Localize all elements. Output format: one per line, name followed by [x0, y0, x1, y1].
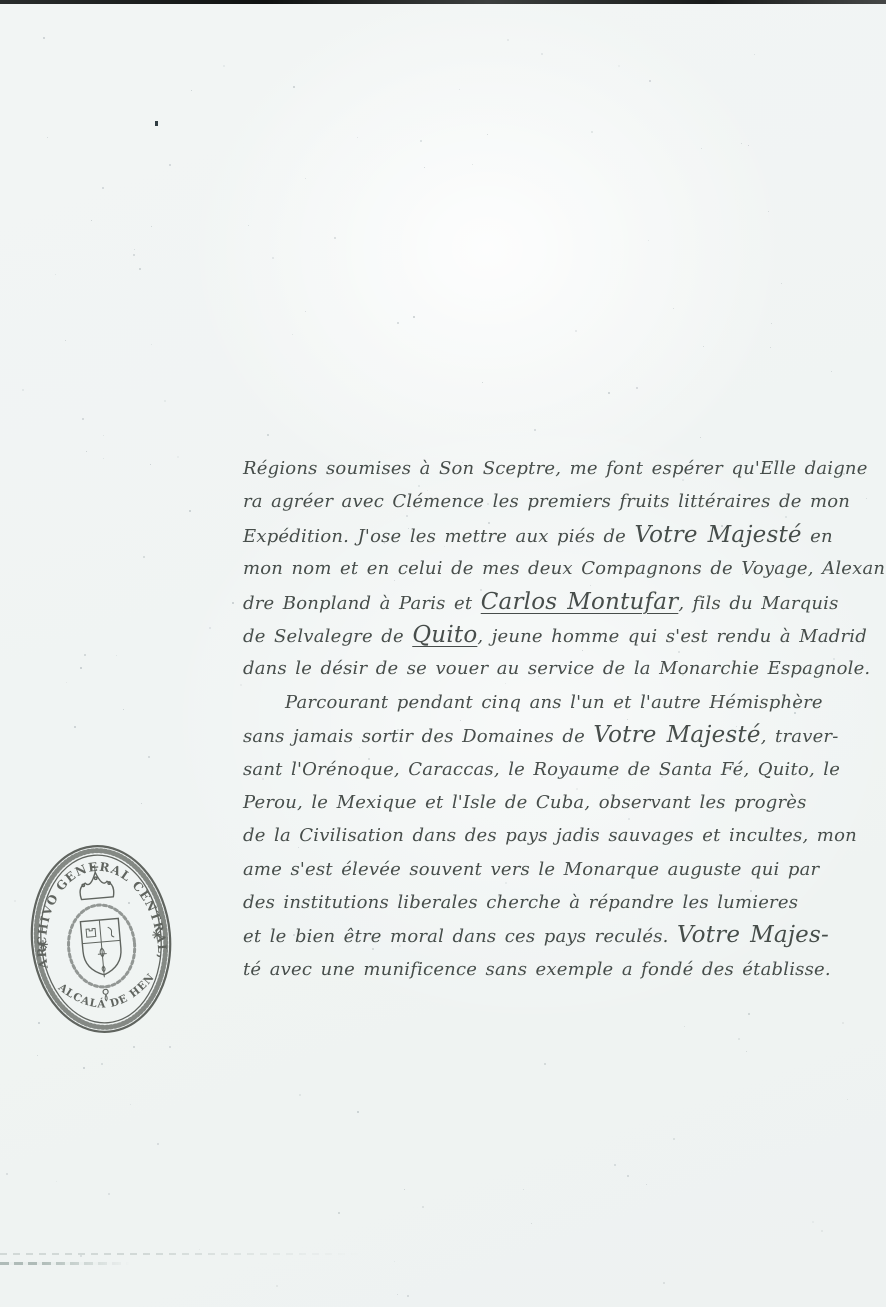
text-segment: Quito	[412, 622, 477, 648]
text-segment: sant l'Orénoque, Caraccas, le Royaume de…	[243, 759, 840, 780]
text-segment: ra agréer avec Clémence les premiers fru…	[243, 491, 850, 512]
text-segment: té avec une munificence sans exemple a f…	[243, 959, 831, 980]
manuscript-line: de Selvalegre de Quito, jeune homme qui …	[243, 619, 865, 652]
manuscript-line: dre Bonpland à Paris et Carlos Montufar,…	[243, 586, 865, 619]
text-segment: mon nom et en celui de mes deux Compagno…	[243, 558, 885, 579]
text-segment: Parcourant pendant cinq ans l'un et l'au…	[285, 692, 823, 713]
manuscript-line: té avec une munificence sans exemple a f…	[243, 953, 865, 986]
scanned-manuscript-page: Régions soumises à Son Sceptre, me font …	[0, 0, 886, 1307]
text-segment: Carlos Montufar	[481, 589, 679, 615]
manuscript-line: Expédition. J'ose les mettre aux piés de…	[243, 519, 865, 552]
text-segment: dre Bonpland à Paris et	[243, 593, 481, 614]
stamp-top-text: ARCHIVO GENERAL CENTRAL,	[27, 854, 170, 971]
manuscript-line: Perou, le Mexique et l'Isle de Cuba, obs…	[243, 786, 865, 819]
text-segment: dans le désir de se vouer au service de …	[243, 658, 870, 679]
text-segment: sans jamais sortir des Domaines de	[243, 726, 593, 747]
text-segment: Expédition. J'ose les mettre aux piés de	[243, 526, 634, 547]
manuscript-line: ra agréer avec Clémence les premiers fru…	[243, 485, 865, 518]
archive-stamp: ARCHIVO GENERAL CENTRAL, ALCALÁ DE HENAR…	[25, 840, 177, 1038]
scan-artifact-line	[0, 1262, 130, 1265]
manuscript-line: mon nom et en celui de mes deux Compagno…	[243, 552, 865, 585]
manuscript-line: et le bien être moral dans ces pays recu…	[243, 919, 865, 952]
text-segment: , traver-	[761, 726, 839, 747]
manuscript-line: Parcourant pendant cinq ans l'un et l'au…	[243, 686, 865, 719]
text-segment: ame s'est élevée souvent vers le Monarqu…	[243, 859, 819, 880]
text-segment: , fils du Marquis	[678, 593, 838, 614]
scan-artifact-line	[0, 1253, 365, 1255]
manuscript-text-block: Régions soumises à Son Sceptre, me font …	[243, 452, 865, 986]
scanner-edge	[0, 0, 886, 4]
text-segment: Perou, le Mexique et l'Isle de Cuba, obs…	[243, 792, 807, 813]
manuscript-line: dans le désir de se vouer au service de …	[243, 652, 865, 685]
stamp-star-right: ✳	[151, 928, 162, 943]
text-segment: Votre Majesté	[593, 722, 760, 748]
ink-speck	[155, 121, 158, 126]
text-segment: et le bien être moral dans ces pays recu…	[243, 926, 677, 947]
text-segment: Votre Majes-	[677, 922, 829, 948]
manuscript-line: sant l'Orénoque, Caraccas, le Royaume de…	[243, 753, 865, 786]
manuscript-line: des institutions liberales cherche à rép…	[243, 886, 865, 919]
stamp-star-left: ✳	[38, 938, 49, 953]
manuscript-line: de la Civilisation dans des pays jadis s…	[243, 819, 865, 852]
text-segment: des institutions liberales cherche à rép…	[243, 892, 798, 913]
manuscript-line: sans jamais sortir des Domaines de Votre…	[243, 719, 865, 752]
text-segment: de Selvalegre de	[243, 626, 412, 647]
text-segment: , jeune homme qui s'est rendu à Madrid	[477, 626, 867, 647]
manuscript-line: ame s'est élevée souvent vers le Monarqu…	[243, 853, 865, 886]
text-segment: Votre Majesté	[634, 522, 801, 548]
text-segment: de la Civilisation dans des pays jadis s…	[243, 825, 857, 846]
text-segment: Régions soumises à Son Sceptre, me font …	[243, 458, 868, 479]
manuscript-line: Régions soumises à Son Sceptre, me font …	[243, 452, 865, 485]
text-segment: en	[802, 526, 833, 547]
